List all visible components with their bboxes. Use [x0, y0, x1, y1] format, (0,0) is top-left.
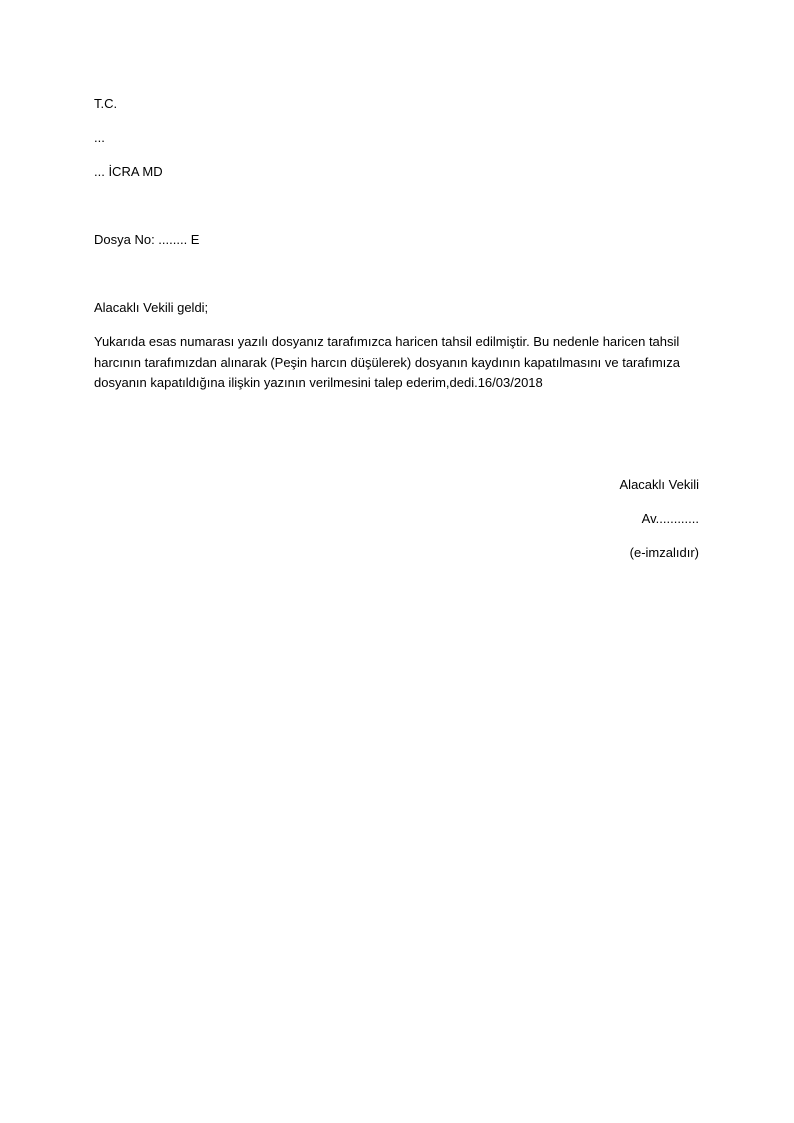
header-city: ... — [94, 129, 105, 146]
header-court: ... İCRA MD — [94, 163, 163, 180]
header-tc: T.C. — [94, 95, 117, 112]
body-line: harcının tarafımızdan alınarak (Peşin ha… — [94, 353, 704, 374]
intro-line: Alacaklı Vekili geldi; — [94, 299, 208, 316]
signature-note: (e-imzalıdır) — [630, 544, 699, 561]
signature-title: Alacaklı Vekili — [620, 476, 699, 493]
body-line: dosyanın kapatıldığına ilişkin yazının v… — [94, 373, 704, 394]
signature-name: Av............ — [642, 510, 699, 527]
body-line: Yukarıda esas numarası yazılı dosyanız t… — [94, 332, 704, 353]
file-number: Dosya No: ........ E — [94, 231, 199, 248]
document-page: T.C. ... ... İCRA MD Dosya No: ........ … — [0, 0, 794, 1123]
body-paragraph: Yukarıda esas numarası yazılı dosyanız t… — [94, 332, 704, 394]
